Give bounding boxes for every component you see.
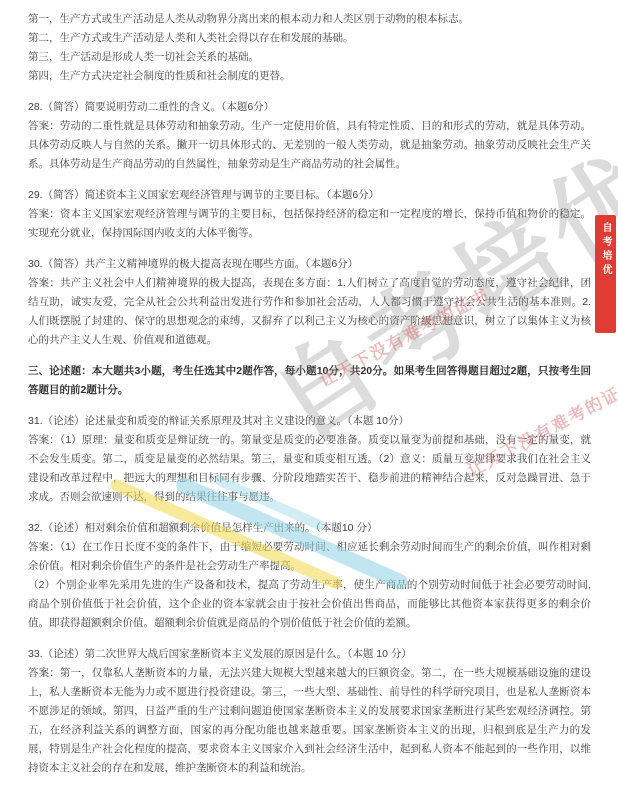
intro-points-paragraph-4: 第四，生产方式决定社会制度的性质和社会制度的更替。 <box>28 67 591 86</box>
question-32-paragraph-3: （2）个别企业率先采用先进的生产设备和技术，提高了劳动生产率，使生产商品的个别劳… <box>28 576 591 633</box>
question-32-paragraph-2: 答案：（1）在工作日长度不变的条件下，由于缩短必要劳动时间、相应延长剩余劳动时间… <box>28 538 591 576</box>
question-33-paragraph-2: 答案：第一，仅靠私人垄断资本的力量，无法兴建大规模大型越来越大的巨额资金。第二，… <box>28 664 591 778</box>
red-ribbon-stamp-label: 自考培优 <box>598 222 613 333</box>
question-31-paragraph-2: 答案：（1）原理：量变和质变是辩证统一的。第量变是质变的必要准备。质变以量变为前… <box>28 431 591 507</box>
intro-points: 第一，生产方式或生产活动是人类从动物界分离出来的根本动力和人类区别于动物的根本标… <box>28 10 591 86</box>
question-29-paragraph-1: 29.（简答）简述资本主义国家宏观经济管理与调节的主要目标。（本题6分） <box>28 186 591 205</box>
question-28-paragraph-1: 28.（简答）简要说明劳动二重性的含义。（本题6分） <box>28 98 591 117</box>
question-32: 32.（论述）相对剩余价值和超额剩余价值是怎样生产出来的。（本题10 分）答案：… <box>28 519 591 633</box>
question-31-paragraph-1: 31.（论述）论述量变和质变的辩证关系原理及其对主义建设的意义。（本题 10分） <box>28 412 591 431</box>
red-ribbon-stamp: 自考培优 <box>595 215 616 333</box>
question-30-paragraph-1: 30.（简答）共产主义精神境界的极大提高表现在哪些方面。（本题6分） <box>28 255 591 274</box>
question-31: 31.（论述）论述量变和质变的辩证关系原理及其对主义建设的意义。（本题 10分）… <box>28 412 591 507</box>
question-33-paragraph-1: 33.（论述）第二次世界大战后国家垄断资本主义发展的原因是什么。（本题 10 分… <box>28 645 591 664</box>
question-29: 29.（简答）简述资本主义国家宏观经济管理与调节的主要目标。（本题6分）答案：资… <box>28 186 591 243</box>
intro-points-paragraph-3: 第三，生产活动是形成人类一切社会关系的基础。 <box>28 48 591 67</box>
question-29-paragraph-2: 答案：资本主义国家宏观经济管理与调节的主要目标，包括保持经济的稳定和一定程度的增… <box>28 205 591 243</box>
intro-points-paragraph-2: 第二，生产方式或生产活动是人类和人类社会得以存在和发展的基础。 <box>28 29 591 48</box>
question-30: 30.（简答）共产主义精神境界的极大提高表现在哪些方面。（本题6分）答案：共产主… <box>28 255 591 350</box>
section-3-header-paragraph-1: 三、论述题：本大题共3小题，考生任选其中2题作答，每小题10分，共20分。如果考… <box>28 362 591 400</box>
document-content: 第一，生产方式或生产活动是人类从动物界分离出来的根本动力和人类区别于动物的根本标… <box>0 0 618 778</box>
exam-answer-sheet-page: 第一，生产方式或生产活动是人类从动物界分离出来的根本动力和人类区别于动物的根本标… <box>0 0 618 785</box>
intro-points-paragraph-1: 第一，生产方式或生产活动是人类从动物界分离出来的根本动力和人类区别于动物的根本标… <box>28 10 591 29</box>
question-30-paragraph-2: 答案：共产主义社会中人们精神境界的极大提高，表现在多方面：1.人们树立了高度自觉… <box>28 274 591 350</box>
question-28: 28.（简答）简要说明劳动二重性的含义。（本题6分）答案：劳动的二重性就是具体劳… <box>28 98 591 174</box>
question-28-paragraph-2: 答案：劳动的二重性就是具体劳动和抽象劳动。生产一定使用价值，具有特定性质、目的和… <box>28 117 591 174</box>
section-3-header: 三、论述题：本大题共3小题，考生任选其中2题作答，每小题10分，共20分。如果考… <box>28 362 591 400</box>
question-32-paragraph-1: 32.（论述）相对剩余价值和超额剩余价值是怎样生产出来的。（本题10 分） <box>28 519 591 538</box>
question-33: 33.（论述）第二次世界大战后国家垄断资本主义发展的原因是什么。（本题 10 分… <box>28 645 591 778</box>
